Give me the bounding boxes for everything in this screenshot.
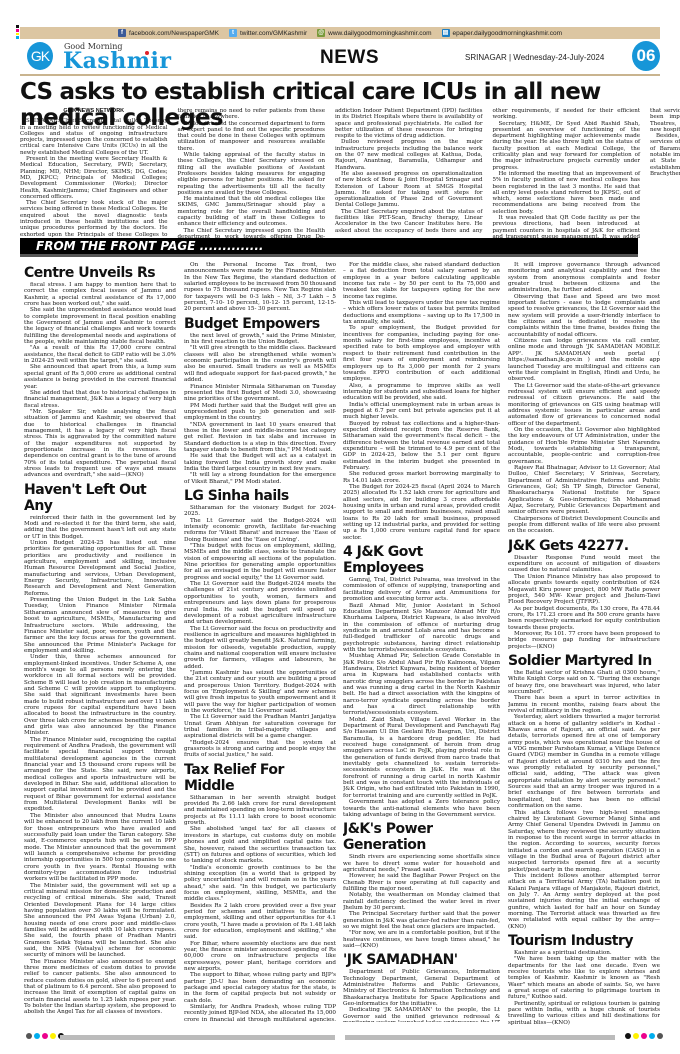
- paragraph: Dulloo directed the concerned department…: [178, 121, 326, 152]
- paragraph: SRINAGAR: Chief Secretary, Atal Dulloo T…: [20, 118, 168, 156]
- story-tax-relief: Tax Relief For Middle Sitharaman in her …: [184, 762, 336, 1022]
- page-number: 06: [632, 41, 660, 71]
- story-tourism-industry: Tourism Industry Kashmir as a spiritual …: [508, 933, 660, 1026]
- paragraph: Besides, the meeting was apprised that t…: [650, 133, 680, 177]
- color-registration-dots-left: [26, 1033, 64, 1039]
- footer-bar-right: [345, 1035, 615, 1040]
- paragraph: Secretary, H&ME, Dr Syed Abid Rashid Sha…: [493, 121, 641, 171]
- twitter-link[interactable]: t twitter.com/GMKashmir: [229, 29, 307, 37]
- story-jk-gets: J&K Gets 42277. Disaster Response Fund w…: [508, 538, 660, 650]
- footer-bar-left: [60, 1035, 335, 1040]
- globe-icon: @: [317, 29, 325, 37]
- story-budget-empowers: Budget Empowers the next level of growth…: [184, 316, 336, 485]
- facebook-icon: f: [118, 29, 126, 37]
- facebook-link[interactable]: f facebook.com/NewspaperGMK: [118, 29, 219, 37]
- social-links-bar: f facebook.com/NewspaperGMK t twitter.co…: [20, 27, 660, 39]
- story-title: Tax Relief For Middle: [184, 762, 336, 794]
- story-jk-samadhan: 'JK SAMADHAN' Department of Public Griev…: [343, 952, 500, 1022]
- column-3: For the middle class, she raised standar…: [343, 262, 500, 1022]
- paragraph: He also assessed progress on operational…: [335, 171, 483, 209]
- story-title: 'JK SAMADHAN': [343, 952, 500, 968]
- paragraph: He maintained that the old medical colle…: [178, 196, 326, 227]
- banner-stripe: [20, 254, 638, 257]
- document-icon: ▤: [442, 29, 450, 37]
- paragraph: Present in the meeting were Secretary He…: [20, 156, 168, 200]
- story-title: J&K's Power Generation: [343, 821, 500, 853]
- story-title: LG Sinha hails: [184, 488, 336, 504]
- story-title: Soldier Martyred In: [508, 653, 660, 669]
- story-lg-sinha-hails: LG Sinha hails Sitharaman for the vision…: [184, 488, 336, 759]
- story-havent-left-out: Haven't Left Out Any reinforced their fa…: [24, 482, 176, 1016]
- masthead-rule: [20, 74, 660, 76]
- story-power-generation: J&K's Power Generation Sindh rivers are …: [343, 821, 500, 949]
- story-centre-unveils: Centre Unveils Rs fiscal stress. I am ha…: [24, 265, 176, 479]
- column-2: On the Personal Income Tax front, two an…: [184, 262, 336, 1022]
- story-title: Centre Unveils Rs: [24, 265, 176, 281]
- front-page-banner: FROM THE FRONT PAGE ..............: [20, 238, 638, 254]
- logo-mark: GK: [27, 42, 53, 70]
- story-title: J&K Gets 42277.: [508, 538, 660, 554]
- twitter-icon: t: [229, 29, 237, 37]
- story-title: Budget Empowers: [184, 316, 336, 332]
- logo-dot: [145, 51, 149, 55]
- paragraph: Dulloo reviewed progress on the major in…: [335, 139, 483, 170]
- paragraph: While taking appraisal of the faculty st…: [178, 152, 326, 196]
- byline: GMK NEWS NETWORK: [20, 108, 168, 114]
- story-title: Haven't Left Out Any: [24, 482, 176, 514]
- paragraph: He informed the meeting that an improvem…: [493, 171, 641, 215]
- dateline: SRINAGAR | Wednesday-24-July-2024: [465, 53, 604, 62]
- section-title: NEWS: [320, 47, 379, 69]
- lead-story-body: GMK NEWS NETWORK SRINAGAR: Chief Secreta…: [20, 108, 640, 246]
- column-1: Centre Unveils Rs fiscal stress. I am ha…: [24, 262, 176, 1032]
- column-4: It will improve governance through advan…: [508, 262, 660, 1032]
- website-link[interactable]: @ www.dailygoodmorningkashmir.com: [317, 29, 431, 37]
- story-soldier-martyred: Soldier Martyred In the Battal sector of…: [508, 653, 660, 930]
- story-title: Tourism Industry: [508, 933, 660, 949]
- epaper-link[interactable]: ▤ epaper.dailygoodmorningkashmir.com: [442, 29, 562, 37]
- registration-marks: [16, 25, 19, 39]
- story-title: 4 J&K Govt Employees: [343, 544, 500, 576]
- logo-title: Kashmir: [63, 48, 171, 74]
- masthead: GK Good Morning Kashmir NEWS SRINAGAR | …: [20, 40, 660, 72]
- story-govt-employees: 4 J&K Govt Employees Gamraj, Tral, Distr…: [343, 544, 500, 818]
- color-registration-dots-right: [625, 1033, 663, 1039]
